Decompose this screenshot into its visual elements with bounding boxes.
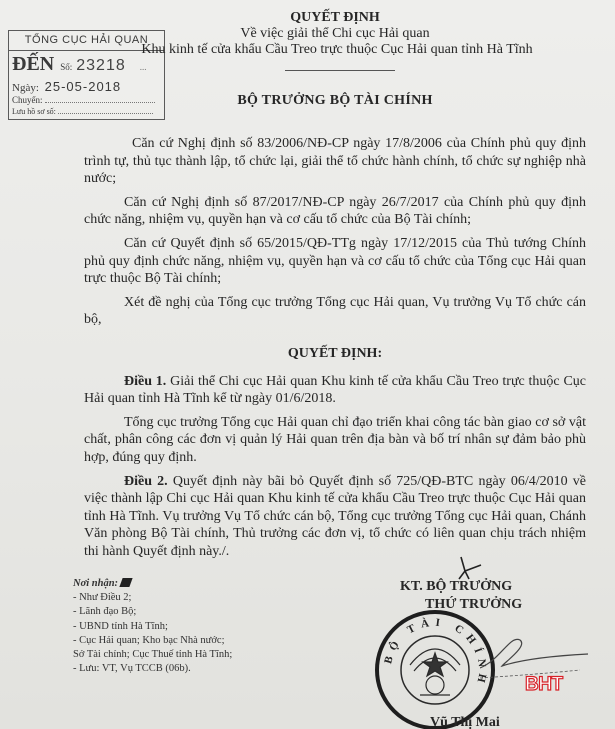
recipients-label: Nơi nhận: [73,578,118,589]
signature-title-line2: THỨ TRƯỞNG [425,597,565,613]
stamp-den-label: ĐẾN [12,53,54,75]
signature-title-line1: KT. BỘ TRƯỞNG [400,579,560,595]
issuer-title: BỘ TRƯỞNG BỘ TÀI CHÍNH [175,93,495,109]
preamble-paragraph: Căn cứ Nghị định số 83/2006/NĐ-CP ngày 1… [84,135,586,188]
initial-mark-icon [455,555,483,581]
stamp-ngay-label: Ngày: [12,82,39,94]
stamp-chuyen-label: Chuyển: [12,95,43,105]
header-divider [285,70,395,71]
recipient-item: - Lưu: VT, Vụ TCCB (06b). [73,662,232,676]
recipient-item: - UBND tỉnh Hà Tĩnh; [73,620,232,634]
stamp-chuyen-dotline [45,102,155,103]
recipients-list: Nơi nhận: - Như Điều 2; - Lãnh đạo Bộ; -… [73,577,232,676]
article-1-label: Điều 1. [124,374,166,389]
document-subject-line2: Khu kinh tế cửa khẩu Cầu Treo trực thuộc… [112,42,562,58]
preamble-paragraph: Căn cứ Quyết định số 65/2015/QĐ-TTg ngày… [84,235,586,288]
document-subject-line1: Về việc giải thể Chi cục Hải quan [175,26,495,42]
stamp-so-label: Số: [60,62,72,72]
article-2: Điều 2. Quyết định này bãi bỏ Quyết định… [84,473,586,561]
article-1: Điều 1. Giải thể Chi cục Hải quan Khu ki… [84,373,586,408]
stamp-luu-dotline [58,113,153,114]
stamp-chuyen-row: Chuyển: [12,95,162,105]
stamp-ngay-value: 25-05-2018 [45,79,122,94]
recipient-item: - Cục Hải quan; Kho bạc Nhà nước; [73,634,232,648]
article-1-paragraph-2: Tổng cục trưởng Tổng cục Hải quan chỉ đạ… [84,414,586,467]
stamp-luu-label: Lưu hồ sơ số: [12,107,56,116]
stamp-so-value: 23218 [76,57,126,74]
document-page: TỔNG CỤC HẢI QUAN ĐẾN Số: 23218 ... Ngày… [0,0,615,729]
bht-watermark-logo: BHT [525,674,563,696]
stamp-luu-row: Lưu hồ sơ số: [12,107,162,116]
preamble-paragraph: Căn cứ Nghị định số 87/2017/NĐ-CP ngày 2… [84,194,586,229]
document-title: QUYẾT ĐỊNH [175,10,495,26]
decision-heading: QUYẾT ĐỊNH: [84,345,586,363]
stamp-ngay-row: Ngày: 25-05-2018 [12,79,121,94]
recipient-item: - Lãnh đạo Bộ; [73,605,232,619]
recipient-item: Sở Tài chính; Cục Thuế tỉnh Hà Tĩnh; [73,648,232,662]
signer-name: Vũ Thị Mai [430,715,500,729]
recipient-item: - Như Điều 2; [73,591,232,605]
initial-tick-icon [119,578,132,587]
preamble-paragraph: Xét đề nghị của Tổng cục trưởng Tổng cục… [84,294,586,329]
article-2-label: Điều 2. [124,474,168,489]
document-body: Căn cứ Nghị định số 83/2006/NĐ-CP ngày 1… [84,135,586,566]
stamp-dots: ... [140,62,147,72]
